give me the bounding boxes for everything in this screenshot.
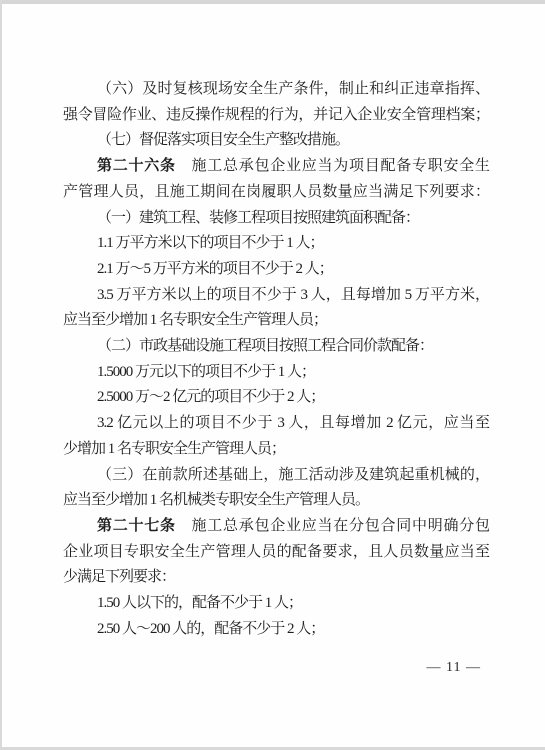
- line-text: 2.5000 万～2 亿元的项目不少于 2 人；: [97, 389, 324, 405]
- line-text: 1.50 人以下的，配备不少于 1 人；: [97, 595, 302, 611]
- document-page: （六）及时复核现场安全生产条件，制止和纠正违章指挥、强令冒险作业、违反操作规程的…: [0, 0, 545, 750]
- document-line: 1.5000 万元以下的项目不少于 1 人；: [63, 360, 489, 386]
- document-line: 3.5 万平方米以上的项目不少于 3 人，且每增加 5 万平方米，: [63, 283, 489, 309]
- line-text: 少增加 1 名专职安全生产管理人员；: [63, 441, 285, 457]
- line-text: （七）督促落实项目安全生产整改措施。: [97, 132, 349, 148]
- line-text: 产管理人员，且施工期间在岗履职人员数量应当满足下列要求：: [63, 184, 489, 200]
- line-text: 2.1 万～5 万平方米的项目不少于 2 人；: [97, 261, 333, 277]
- document-line: 3.2 亿元以上的项目不少于 3 人，且每增加 2 亿元，应当至: [63, 411, 489, 437]
- document-line: 第二十七条 施工总承包企业应当在分包合同中明确分包: [63, 514, 489, 540]
- document-line: 企业项目专职安全生产管理人员的配备要求，且人员数量应当至: [63, 540, 489, 566]
- document-line: 少增加 1 名专职安全生产管理人员；: [63, 437, 489, 463]
- document-line: （一）建筑工程、装修工程项目按照建筑面积配备：: [63, 206, 489, 232]
- line-text: 施工总承包企业应当在分包合同中明确分包: [176, 518, 489, 534]
- document-line: 2.5000 万～2 亿元的项目不少于 2 人；: [63, 385, 489, 411]
- document-line: 产管理人员，且施工期间在岗履职人员数量应当满足下列要求：: [63, 180, 489, 206]
- line-text: 3.2 亿元以上的项目不少于 3 人，且每增加 2 亿元，应当至: [97, 415, 489, 431]
- scan-edge-left: [0, 0, 2, 750]
- document-body: （六）及时复核现场安全生产条件，制止和纠正违章指挥、强令冒险作业、违反操作规程的…: [63, 77, 489, 642]
- document-line: 少满足下列要求：: [63, 565, 489, 591]
- line-text: 2.50 人～200 人的，配备不少于 2 人；: [97, 621, 324, 637]
- document-line: （三）在前款所述基础上，施工活动涉及建筑起重机械的，: [63, 463, 489, 489]
- document-line: 应当至少增加 1 名机械类专职安全生产管理人员。: [63, 488, 489, 514]
- document-line: （六）及时复核现场安全生产条件，制止和纠正违章指挥、: [63, 77, 489, 103]
- article-heading: 第二十七条: [97, 518, 176, 534]
- line-text: （三）在前款所述基础上，施工活动涉及建筑起重机械的，: [97, 467, 489, 483]
- line-text: 应当至少增加 1 名机械类专职安全生产管理人员。: [63, 492, 369, 508]
- line-text: 应当至少增加 1 名专职安全生产管理人员；: [63, 312, 327, 328]
- scan-edge-top: [0, 0, 545, 4]
- line-text: （六）及时复核现场安全生产条件，制止和纠正违章指挥、: [97, 81, 489, 97]
- document-line: （二）市政基础设施工程项目按照工程合同价款配备：: [63, 334, 489, 360]
- line-text: （一）建筑工程、装修工程项目按照建筑面积配备：: [97, 210, 419, 226]
- document-line: 2.50 人～200 人的，配备不少于 2 人；: [63, 617, 489, 643]
- line-text: 施工总承包企业应当为项目配备专职安全生: [176, 158, 489, 174]
- document-line: 2.1 万～5 万平方米的项目不少于 2 人；: [63, 257, 489, 283]
- line-text: 少满足下列要求：: [63, 569, 175, 585]
- document-line: 1.1 万平方米以下的项目不少于 1 人；: [63, 231, 489, 257]
- document-line: 第二十六条 施工总承包企业应当为项目配备专职安全生: [63, 154, 489, 180]
- line-text: （二）市政基础设施工程项目按照工程合同价款配备：: [97, 338, 433, 354]
- line-text: 3.5 万平方米以上的项目不少于 3 人，且每增加 5 万平方米，: [97, 287, 489, 303]
- line-text: 1.1 万平方米以下的项目不少于 1 人；: [97, 235, 324, 251]
- page-number: — 11 —: [427, 660, 481, 676]
- document-line: 1.50 人以下的，配备不少于 1 人；: [63, 591, 489, 617]
- line-text: 强令冒险作业、违反操作规程的行为，并记入企业安全管理档案；: [63, 107, 489, 123]
- document-line: （七）督促落实项目安全生产整改措施。: [63, 128, 489, 154]
- document-line: 应当至少增加 1 名专职安全生产管理人员；: [63, 308, 489, 334]
- document-line: 强令冒险作业、违反操作规程的行为，并记入企业安全管理档案；: [63, 103, 489, 129]
- article-heading: 第二十六条: [97, 158, 176, 174]
- line-text: 企业项目专职安全生产管理人员的配备要求，且人员数量应当至: [63, 544, 489, 560]
- line-text: 1.5000 万元以下的项目不少于 1 人；: [97, 364, 315, 380]
